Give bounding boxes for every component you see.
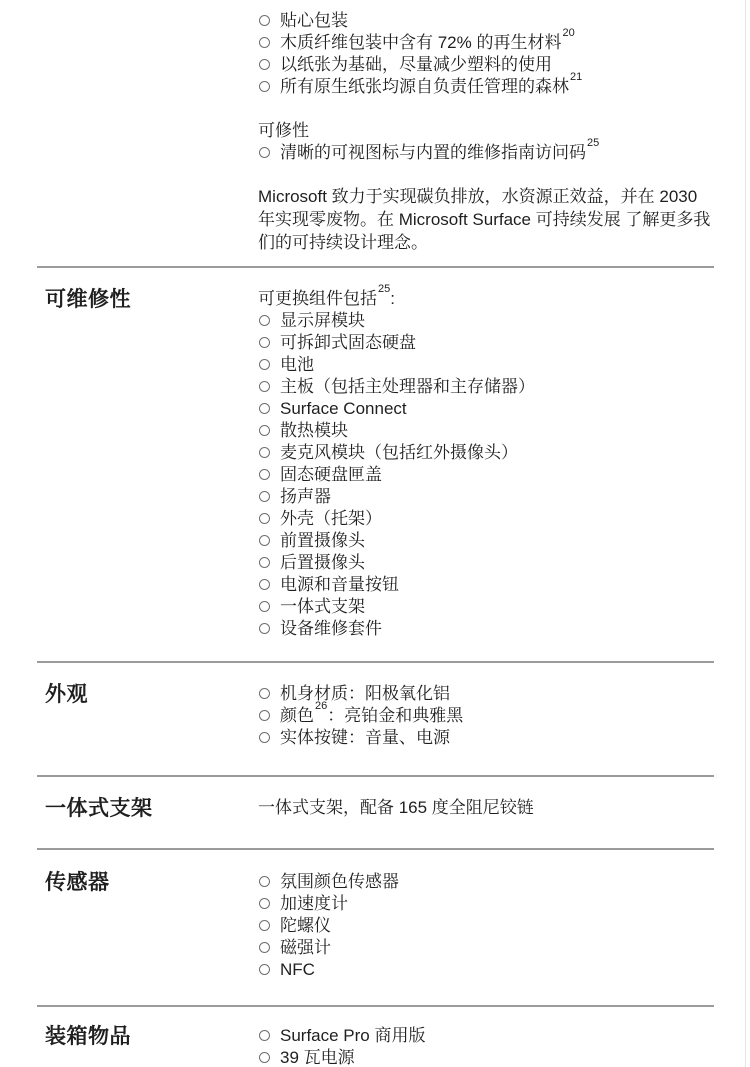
list-item-text: 后置摄像头 <box>280 552 714 574</box>
sustainability-paragraph: Microsoft 致力于实现碳负排放，水资源正效益，并在 2030 年实现零废… <box>258 185 714 254</box>
list-item: 磁强计 <box>258 937 714 959</box>
footnote-superscript: 25 <box>587 137 599 149</box>
intro-line: 可更换组件包括25: <box>258 288 714 310</box>
page-right-edge <box>745 0 746 1067</box>
bullet-circle-icon <box>259 732 270 743</box>
list-item-text: 氛围颜色传感器 <box>280 871 714 893</box>
list-item-text: 贴心包装 <box>280 10 714 32</box>
bullet-circle-icon <box>259 688 270 699</box>
list-item-text: 实体按键：音量、电源 <box>280 727 714 749</box>
bullet-circle-icon <box>259 1052 270 1063</box>
spec-sheet-page: 贴心包装 木质纤维包装中含有 72% 的再生材料20 以纸张为基础，尽量减少塑料… <box>0 0 750 1067</box>
list-item: 实体按键：音量、电源 <box>258 727 714 749</box>
bullet-circle-icon <box>259 447 270 458</box>
list-item-text: 加速度计 <box>280 893 714 915</box>
list-item-text: 前置摄像头 <box>280 530 714 552</box>
list-item-text: 一体式支架 <box>280 596 714 618</box>
section-sustainability-continued: 贴心包装 木质纤维包装中含有 72% 的再生材料20 以纸张为基础，尽量减少塑料… <box>0 0 750 266</box>
section-title: 传感器 <box>45 871 258 895</box>
bullet-circle-icon <box>259 37 270 48</box>
repair-subheading: 可修性 <box>258 120 714 142</box>
list-item-text: 散热模块 <box>280 420 714 442</box>
replaceable-components-list: 显示屏模块 可拆卸式固态硬盘 电池 主板（包括主处理器和主存储器 <box>258 310 714 640</box>
list-item-text: Surface Connect <box>280 398 714 420</box>
list-item: 贴心包装 <box>258 10 714 32</box>
list-item: 电池 <box>258 354 714 376</box>
list-item: 以纸张为基础，尽量减少塑料的使用 <box>258 54 714 76</box>
in-the-box-list: Surface Pro 商用版 39 瓦电源 <box>258 1025 714 1067</box>
list-item: 扬声器 <box>258 486 714 508</box>
list-item: 固态硬盘匣盖 <box>258 464 714 486</box>
list-item: 后置摄像头 <box>258 552 714 574</box>
section-title: 装箱物品 <box>45 1025 258 1049</box>
list-item: 氛围颜色传感器 <box>258 871 714 893</box>
list-item-text: 外壳（托架） <box>280 508 714 530</box>
sensors-list: 氛围颜色传感器 加速度计 陀螺仪 磁强计 <box>258 871 714 981</box>
bullet-circle-icon <box>259 601 270 612</box>
bullet-circle-icon <box>259 469 270 480</box>
list-item-text: 清晰的可视图标与内置的维修指南访问码25 <box>280 142 714 164</box>
bullet-circle-icon <box>259 964 270 975</box>
list-item: 所有原生纸张均源自负责任管理的森林21 <box>258 76 714 98</box>
intro-text: 可更换组件包括25: <box>258 288 714 310</box>
list-item-text: Surface Pro 商用版 <box>280 1025 714 1047</box>
list-item-text: 扬声器 <box>280 486 714 508</box>
repair-bullet-list: 清晰的可视图标与内置的维修指南访问码25 <box>258 142 714 164</box>
section-sensors: 传感器 氛围颜色传感器 加速度计 陀螺 <box>0 850 750 1005</box>
list-item: 设备维修套件 <box>258 618 714 640</box>
bullet-circle-icon <box>259 557 270 568</box>
list-item: 木质纤维包装中含有 72% 的再生材料20 <box>258 32 714 54</box>
footnote-superscript: 21 <box>570 71 582 83</box>
bullet-circle-icon <box>259 876 270 887</box>
section-title: 一体式支架 <box>45 797 258 821</box>
list-item: 陀螺仪 <box>258 915 714 937</box>
list-item: 散热模块 <box>258 420 714 442</box>
section-design: 外观 机身材质：阳极氧化铝 颜色26：亮铂金和典雅黑 <box>0 663 750 775</box>
list-item: 加速度计 <box>258 893 714 915</box>
list-item: 电源和音量按钮 <box>258 574 714 596</box>
list-item: 清晰的可视图标与内置的维修指南访问码25 <box>258 142 714 164</box>
section-title: 外观 <box>45 683 258 707</box>
bullet-circle-icon <box>259 337 270 348</box>
bullet-circle-icon <box>259 535 270 546</box>
list-item-text: 电池 <box>280 354 714 376</box>
list-item-text: 显示屏模块 <box>280 310 714 332</box>
section-title: 可维修性 <box>45 288 258 312</box>
list-item-text: 陀螺仪 <box>280 915 714 937</box>
list-item: 主板（包括主处理器和主存储器） <box>258 376 714 398</box>
bullet-circle-icon <box>259 942 270 953</box>
list-item: 前置摄像头 <box>258 530 714 552</box>
bullet-circle-icon <box>259 1030 270 1041</box>
spacer <box>258 164 714 185</box>
list-item-text: 颜色26：亮铂金和典雅黑 <box>280 705 714 727</box>
list-item: 一体式支架 <box>258 596 714 618</box>
list-item-text: 电源和音量按钮 <box>280 574 714 596</box>
list-item: NFC <box>258 959 714 981</box>
design-list: 机身材质：阳极氧化铝 颜色26：亮铂金和典雅黑 实体按键：音量、电源 <box>258 683 714 749</box>
list-item-text: 固态硬盘匣盖 <box>280 464 714 486</box>
bullet-circle-icon <box>259 491 270 502</box>
list-item-text: 所有原生纸张均源自负责任管理的森林21 <box>280 76 714 98</box>
bullet-circle-icon <box>259 513 270 524</box>
bullet-circle-icon <box>259 623 270 634</box>
list-item-text: 磁强计 <box>280 937 714 959</box>
list-item: 外壳（托架） <box>258 508 714 530</box>
footnote-superscript: 26 <box>315 700 327 712</box>
list-item-text: 机身材质：阳极氧化铝 <box>280 683 714 705</box>
list-item-text: 麦克风模块（包括红外摄像头） <box>280 442 714 464</box>
section-kickstand: 一体式支架 一体式支架，配备 165 度全阻尼铰链 <box>0 777 750 848</box>
footnote-superscript: 20 <box>562 27 574 39</box>
list-item-text: 设备维修套件 <box>280 618 714 640</box>
bullet-circle-icon <box>259 898 270 909</box>
footnote-superscript: 25 <box>378 283 390 295</box>
list-item-text: 可拆卸式固态硬盘 <box>280 332 714 354</box>
kickstand-text: 一体式支架，配备 165 度全阻尼铰链 <box>258 797 714 819</box>
section-repairability: 可维修性 可更换组件包括25: 显示屏模块 可拆卸式固态硬盘 <box>0 268 750 661</box>
bullet-circle-icon <box>259 425 270 436</box>
list-item-text: 以纸张为基础，尽量减少塑料的使用 <box>280 54 714 76</box>
bullet-circle-icon <box>259 403 270 414</box>
bullet-circle-icon <box>259 920 270 931</box>
list-item-text: 39 瓦电源 <box>280 1047 714 1067</box>
list-item: 显示屏模块 <box>258 310 714 332</box>
spacer <box>258 98 714 120</box>
bullet-circle-icon <box>259 15 270 26</box>
packaging-bullet-list: 贴心包装 木质纤维包装中含有 72% 的再生材料20 以纸张为基础，尽量减少塑料… <box>258 10 714 98</box>
list-item-text: NFC <box>280 959 714 981</box>
list-item: 39 瓦电源 <box>258 1047 714 1067</box>
bullet-circle-icon <box>259 315 270 326</box>
list-item: Surface Connect <box>258 398 714 420</box>
bullet-circle-icon <box>259 59 270 70</box>
bullet-circle-icon <box>259 710 270 721</box>
bullet-circle-icon <box>259 381 270 392</box>
bullet-circle-icon <box>259 147 270 158</box>
section-in-the-box: 装箱物品 Surface Pro 商用版 39 瓦电源 <box>0 1007 750 1067</box>
list-item: 麦克风模块（包括红外摄像头） <box>258 442 714 464</box>
list-item-text: 主板（包括主处理器和主存储器） <box>280 376 714 398</box>
bullet-circle-icon <box>259 579 270 590</box>
list-item: 可拆卸式固态硬盘 <box>258 332 714 354</box>
list-item-text: 木质纤维包装中含有 72% 的再生材料20 <box>280 32 714 54</box>
bullet-circle-icon <box>259 81 270 92</box>
list-item: 颜色26：亮铂金和典雅黑 <box>258 705 714 727</box>
list-item: Surface Pro 商用版 <box>258 1025 714 1047</box>
bullet-circle-icon <box>259 359 270 370</box>
